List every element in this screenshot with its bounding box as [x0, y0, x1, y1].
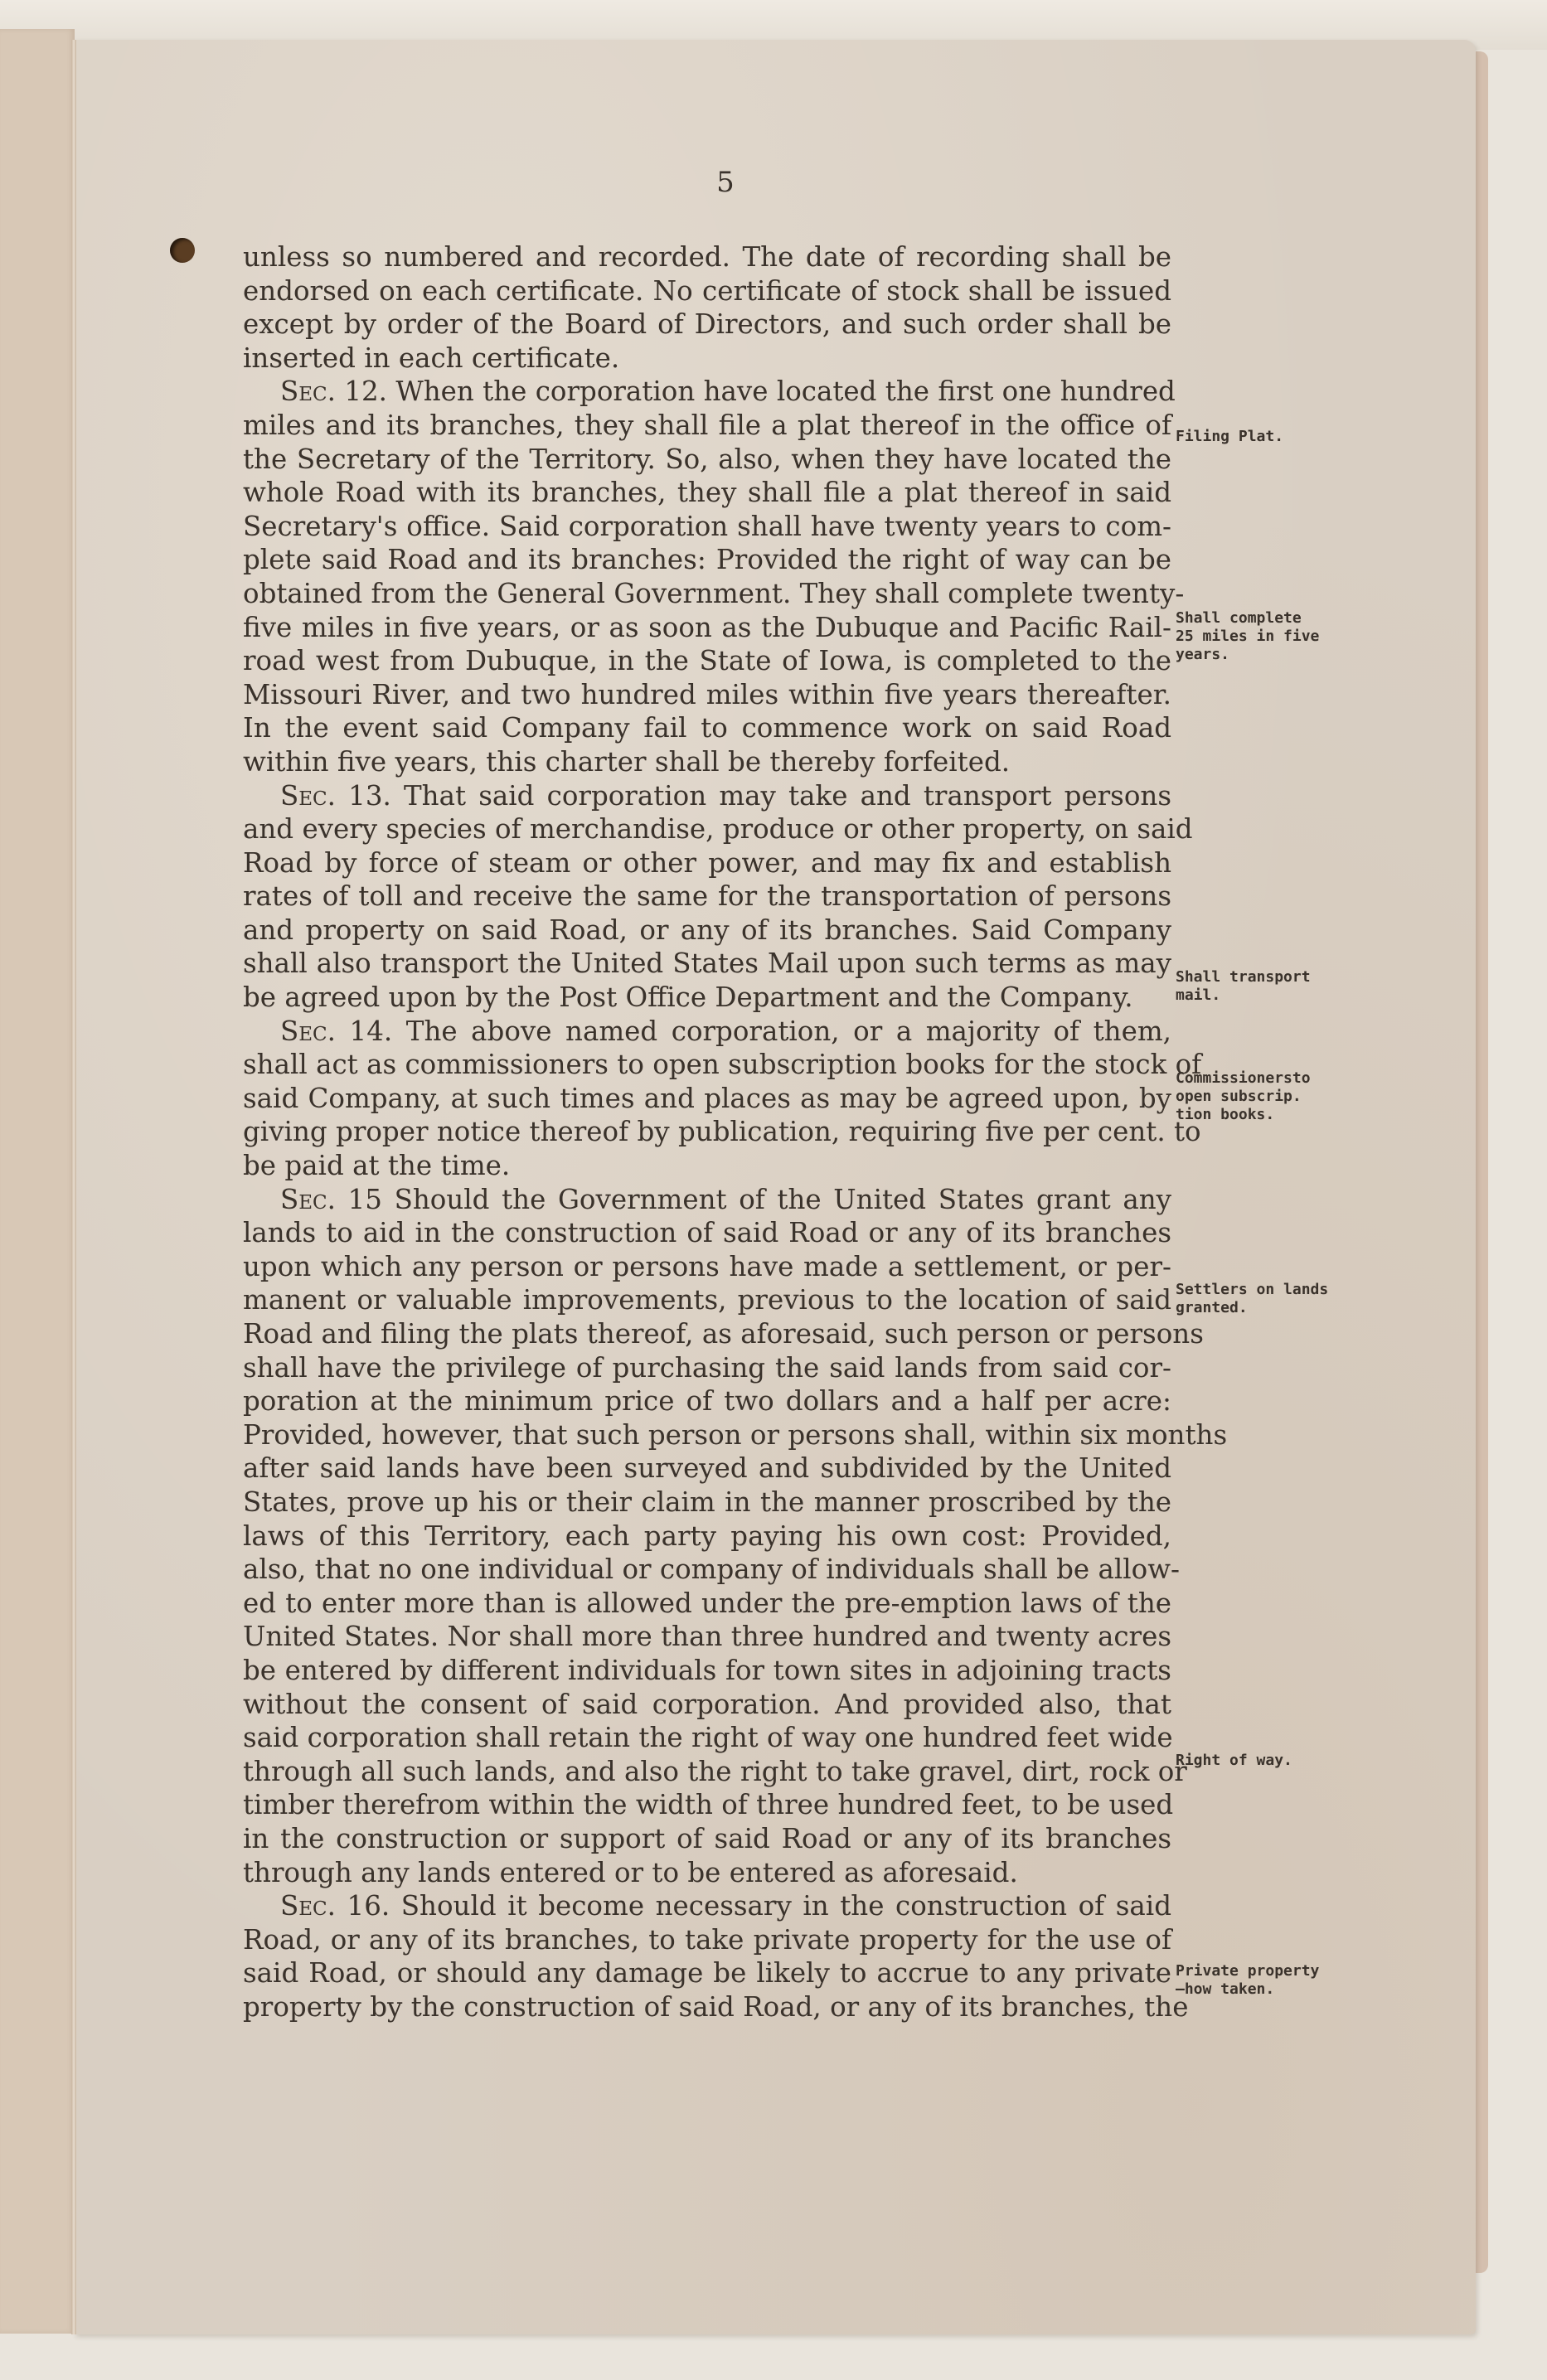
text-line: unless so numbered and recorded. The dat… — [243, 240, 1171, 274]
text-line: without the consent of said corporation.… — [243, 1688, 1171, 1722]
margin-note-line: Shall transport — [1176, 968, 1325, 986]
line-text: through all such lands, and also the rig… — [243, 1756, 1187, 1787]
line-text: shall also transport the United States M… — [243, 948, 1171, 979]
text-line: said corporation shall retain the right … — [243, 1721, 1171, 1755]
margin-note-line: —how taken. — [1176, 1980, 1325, 1999]
line-text: When the corporation have located the fi… — [387, 376, 1176, 407]
text-line: shall have the privilege of purchasing t… — [243, 1351, 1171, 1385]
line-text: States, prove up his or their claim in t… — [243, 1486, 1171, 1518]
binding-hole-icon — [170, 238, 195, 263]
text-line: the Secretary of the Territory. So, also… — [243, 443, 1171, 477]
text-line: and every species of merchandise, produc… — [243, 812, 1171, 846]
text-line: rates of toll and receive the same for t… — [243, 880, 1171, 914]
margin-note-right-of-way: Right of way. — [1176, 1752, 1325, 1770]
section-label: Sec. 13. — [280, 780, 391, 812]
line-text: United States. Nor shall more than three… — [243, 1621, 1171, 1652]
text-line: inserted in each certificate. — [243, 342, 1171, 376]
text-line: obtained from the General Government. Th… — [243, 577, 1171, 611]
text-line: In the event said Company fail to commen… — [243, 711, 1171, 745]
line-text: The above named corporation, or a majori… — [392, 1015, 1171, 1047]
line-text: Should the Government of the United Stat… — [382, 1184, 1171, 1215]
margin-note-line: Private property — [1176, 1962, 1325, 1980]
line-text: also, that no one individual or company … — [243, 1554, 1180, 1585]
line-text: timber therefrom within the width of thr… — [243, 1789, 1173, 1820]
section-start-line: Sec. 15 Should the Government of the Uni… — [243, 1183, 1171, 1217]
text-line: said Road, or should any damage be likel… — [243, 1956, 1171, 1990]
line-text: through any lands entered or to be enter… — [243, 1857, 1018, 1888]
line-text: unless so numbered and recorded. The dat… — [243, 241, 1171, 273]
text-line: within five years, this charter shall be… — [243, 745, 1171, 779]
margin-note-line: Right of way. — [1176, 1752, 1325, 1770]
text-line: said Company, at such times and places a… — [243, 1082, 1171, 1116]
line-text: the Secretary of the Territory. So, also… — [243, 444, 1171, 475]
line-text: and property on said Road, or any of its… — [243, 914, 1171, 946]
line-text: Road by force of steam or other power, a… — [243, 847, 1171, 879]
line-text: and every species of merchandise, produc… — [243, 813, 1193, 845]
text-line: ed to enter more than is allowed under t… — [243, 1587, 1171, 1621]
line-text: giving proper notice thereof by publicat… — [243, 1116, 1201, 1147]
line-text: be entered by different individuals for … — [243, 1655, 1171, 1686]
margin-note-line: granted. — [1176, 1299, 1325, 1317]
margin-note-line: 25 miles in five — [1176, 628, 1325, 646]
margin-note-private-property: Private property —how taken. — [1176, 1962, 1325, 1999]
text-line: Road, or any of its branches, to take pr… — [243, 1923, 1171, 1957]
text-line: be agreed upon by the Post Office Depart… — [243, 981, 1171, 1015]
line-text: ed to enter more than is allowed under t… — [243, 1587, 1171, 1619]
line-text: inserted in each certificate. — [243, 342, 619, 374]
text-line: States, prove up his or their claim in t… — [243, 1486, 1171, 1520]
text-line: lands to aid in the construction of said… — [243, 1216, 1171, 1250]
line-text: miles and its branches, they shall file … — [243, 410, 1171, 441]
text-line: through any lands entered or to be enter… — [243, 1856, 1171, 1890]
line-text: be agreed upon by the Post Office Depart… — [243, 982, 1133, 1013]
line-text: In the event said Company fail to commen… — [243, 712, 1171, 744]
text-line: be entered by different individuals for … — [243, 1654, 1171, 1688]
margin-note-line: Settlers on lands — [1176, 1281, 1325, 1299]
margin-note-line: Shall complete — [1176, 609, 1325, 628]
text-line: plete said Road and its branches: Provid… — [243, 543, 1171, 577]
section-start-line: Sec. 14. The above named corporation, or… — [243, 1015, 1171, 1049]
binding-gutter — [71, 40, 76, 2334]
text-line: be paid at the time. — [243, 1149, 1171, 1183]
text-line: manent or valuable improvements, previou… — [243, 1283, 1171, 1317]
line-text: plete said Road and its branches: Provid… — [243, 544, 1171, 575]
section-start-line: Sec. 16. Should it become necessary in t… — [243, 1889, 1171, 1923]
margin-note-line: tion books. — [1176, 1106, 1325, 1124]
line-text: poration at the minimum price of two dol… — [243, 1385, 1171, 1417]
line-text: without the consent of said corporation.… — [243, 1689, 1171, 1720]
line-text: Secretary's office. Said corporation sha… — [243, 511, 1171, 542]
line-text: said Road, or should any damage be likel… — [243, 1957, 1171, 1989]
line-text: except by order of the Board of Director… — [243, 308, 1171, 340]
text-line: except by order of the Board of Director… — [243, 308, 1171, 342]
text-line: Secretary's office. Said corporation sha… — [243, 510, 1171, 544]
line-text: shall act as commissioners to open subsc… — [243, 1049, 1201, 1080]
line-text: rates of toll and receive the same for t… — [243, 880, 1171, 912]
text-line: whole Road with its branches, they shall… — [243, 476, 1171, 510]
line-text: within five years, this charter shall be… — [243, 746, 1010, 778]
margin-note-settlers: Settlers on lands granted. — [1176, 1281, 1325, 1317]
text-line: five miles in five years, or as soon as … — [243, 611, 1171, 645]
margin-note-filing-plat: Filing Plat. — [1176, 428, 1325, 446]
line-text: said Company, at such times and places a… — [243, 1083, 1171, 1114]
text-line: shall also transport the United States M… — [243, 947, 1171, 981]
margin-note-line: years. — [1176, 646, 1325, 664]
facing-page-edge — [0, 29, 75, 2334]
text-line: Road and filing the plats thereof, as af… — [243, 1317, 1171, 1351]
margin-note-shall-complete: Shall complete 25 miles in five years. — [1176, 609, 1325, 664]
text-line: Missouri River, and two hundred miles wi… — [243, 678, 1171, 712]
text-line: Road by force of steam or other power, a… — [243, 846, 1171, 880]
margin-note-line: Filing Plat. — [1176, 428, 1325, 446]
line-text: said corporation shall retain the right … — [243, 1722, 1173, 1753]
section-start-line: Sec. 13. That said corporation may take … — [243, 779, 1171, 813]
line-text: road west from Dubuque, in the State of … — [243, 645, 1171, 676]
margin-note-line: mail. — [1176, 986, 1325, 1005]
line-text: upon which any person or persons have ma… — [243, 1251, 1171, 1282]
section-label: Sec. 15 — [280, 1184, 382, 1215]
line-text: whole Road with its branches, they shall… — [243, 477, 1171, 508]
line-text: Road and filing the plats thereof, as af… — [243, 1318, 1204, 1350]
section-label: Sec. 16. — [280, 1890, 390, 1922]
line-text: shall have the privilege of purchasing t… — [243, 1352, 1171, 1384]
line-text: after said lands have been surveyed and … — [243, 1452, 1171, 1484]
text-line: giving proper notice thereof by publicat… — [243, 1115, 1171, 1149]
text-line: timber therefrom within the width of thr… — [243, 1788, 1171, 1822]
line-text: in the construction or support of said R… — [243, 1823, 1171, 1854]
line-text: Missouri River, and two hundred miles wi… — [243, 679, 1171, 710]
text-line: property by the construction of said Roa… — [243, 1990, 1171, 2024]
line-text: obtained from the General Government. Th… — [243, 578, 1184, 609]
text-line: Provided, however, that such person or p… — [243, 1418, 1171, 1452]
line-text: laws of this Territory, each party payin… — [243, 1520, 1171, 1552]
page-number: 5 — [709, 166, 742, 199]
text-line: miles and its branches, they shall file … — [243, 409, 1171, 443]
line-text: lands to aid in the construction of said… — [243, 1217, 1171, 1248]
line-text: manent or valuable improvements, previou… — [243, 1284, 1171, 1316]
text-line: in the construction or support of said R… — [243, 1822, 1171, 1856]
line-text: Provided, however, that such person or p… — [243, 1419, 1227, 1451]
margin-note-shall-transport-mail: Shall transport mail. — [1176, 968, 1325, 1005]
text-line: upon which any person or persons have ma… — [243, 1250, 1171, 1284]
margin-note-line: Commissionersto — [1176, 1069, 1325, 1088]
line-text: Should it become necessary in the constr… — [390, 1890, 1171, 1922]
margin-note-commissioners: Commissionersto open subscrip. tion book… — [1176, 1069, 1325, 1124]
margin-note-line: open subscrip. — [1176, 1088, 1325, 1106]
text-line: United States. Nor shall more than three… — [243, 1620, 1171, 1654]
text-line: road west from Dubuque, in the State of … — [243, 644, 1171, 678]
line-text: endorsed on each certificate. No certifi… — [243, 275, 1171, 307]
text-line: also, that no one individual or company … — [243, 1553, 1171, 1587]
text-line: shall act as commissioners to open subsc… — [243, 1048, 1171, 1082]
text-line: poration at the minimum price of two dol… — [243, 1384, 1171, 1418]
section-label: Sec. 12. — [280, 376, 387, 407]
text-line: laws of this Territory, each party payin… — [243, 1520, 1171, 1554]
text-line: and property on said Road, or any of its… — [243, 914, 1171, 948]
line-text: That said corporation may take and trans… — [391, 780, 1171, 812]
body-text: unless so numbered and recorded. The dat… — [243, 240, 1171, 2024]
section-start-line: Sec. 12. When the corporation have locat… — [243, 375, 1171, 409]
line-text: five miles in five years, or as soon as … — [243, 612, 1171, 643]
line-text: Road, or any of its branches, to take pr… — [243, 1924, 1171, 1956]
section-label: Sec. 14. — [280, 1015, 392, 1047]
line-text: be paid at the time. — [243, 1150, 510, 1181]
text-line: through all such lands, and also the rig… — [243, 1755, 1171, 1789]
text-line: after said lands have been surveyed and … — [243, 1452, 1171, 1486]
text-line: endorsed on each certificate. No certifi… — [243, 274, 1171, 308]
line-text: property by the construction of said Roa… — [243, 1991, 1188, 2023]
